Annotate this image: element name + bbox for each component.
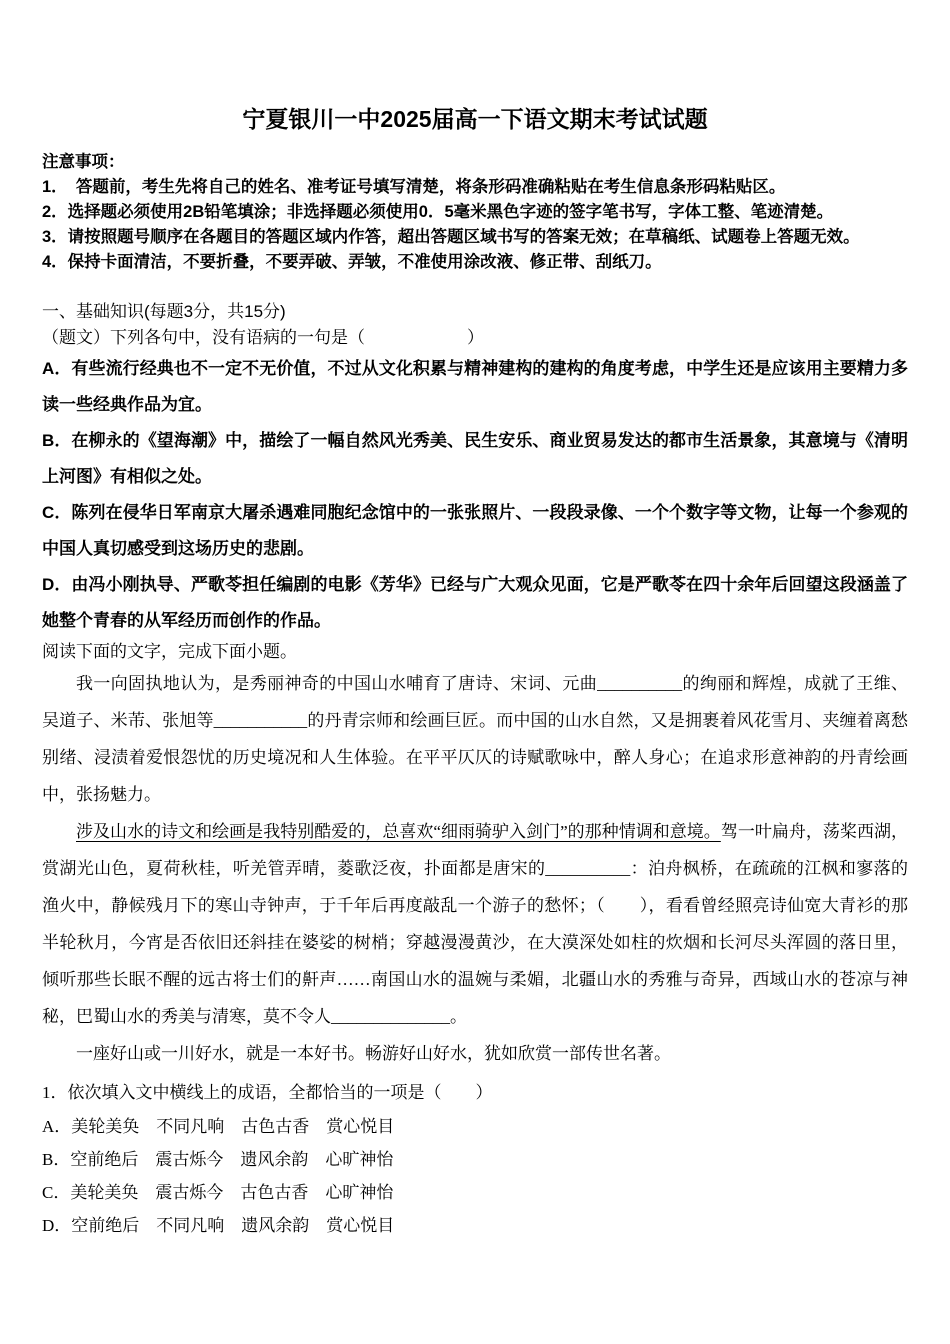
exam-page: 宁夏银川一中2025届高一下语文期末考试试题 注意事项： 1． 答题前，考生先将… (0, 0, 950, 1242)
passage-paragraph-3: 一座好山或一川好水，就是一本好书。畅游好山好水，犹如欣赏一部传世名著。 (42, 1035, 908, 1072)
reading-intro: 阅读下面的文字，完成下面小题。 (42, 639, 908, 665)
question-0-option-b: B．在柳永的《望海潮》中，描绘了一幅自然风光秀美、民生安乐、商业贸易发达的都市生… (42, 423, 908, 495)
notice-item-2: 2．选择题必须使用2B铅笔填涂；非选择题必须使用0．5毫米黑色字迹的签字笔书写，… (42, 200, 908, 225)
question-1-option-d: D．空前绝后 不同凡响 遗风余韵 赏心悦目 (42, 1209, 908, 1242)
question-1-option-c: C．美轮美奂 震古烁今 古色古香 心旷神怡 (42, 1176, 908, 1209)
passage-paragraph-1: 我一向固执地认为，是秀丽神奇的中国山水哺育了唐诗、宋词、元曲__________… (42, 665, 908, 813)
passage-paragraph-2: 涉及山水的诗文和绘画是我特别酷爱的，总喜欢“细雨骑驴入剑门”的那种情调和意境。驾… (42, 813, 908, 1035)
question-0-option-c: C．陈列在侵华日军南京大屠杀遇难同胞纪念馆中的一张张照片、一段段录像、一个个数字… (42, 495, 908, 567)
page-title: 宁夏银川一中2025届高一下语文期末考试试题 (42, 104, 908, 134)
question-1-stem: 1．依次填入文中横线上的成语，全都恰当的一项是（ ） (42, 1080, 908, 1106)
question-0-option-d: D．由冯小刚执导、严歌苓担任编剧的电影《芳华》已经与广大观众见面，它是严歌苓在四… (42, 567, 908, 639)
notices-section: 注意事项： 1． 答题前，考生先将自己的姓名、准考证号填写清楚，将条形码准确粘贴… (42, 150, 908, 275)
notice-item-4: 4．保持卡面清洁，不要折叠，不要弄破、弄皱，不准使用涂改液、修正带、刮纸刀。 (42, 250, 908, 275)
passage-underlined-sentence: 涉及山水的诗文和绘画是我特别酷爱的，总喜欢“细雨骑驴入剑门”的那种情调和意境。 (76, 822, 721, 841)
question-0-stem: （题文）下列各句中，没有语病的一句是（ ） (42, 325, 908, 351)
section-1-heading: 一、基础知识(每题3分，共15分) (42, 299, 908, 325)
question-0-block: （题文）下列各句中，没有语病的一句是（ ） A．有些流行经典也不一定不无价值，不… (42, 325, 908, 639)
question-1-option-a: A．美轮美奂 不同凡响 古色古香 赏心悦目 (42, 1110, 908, 1143)
notice-item-1: 1． 答题前，考生先将自己的姓名、准考证号填写清楚，将条形码准确粘贴在考生信息条… (42, 175, 908, 200)
notice-item-3: 3．请按照题号顺序在各题目的答题区域内作答，超出答题区域书写的答案无效；在草稿纸… (42, 225, 908, 250)
notices-heading: 注意事项： (42, 150, 908, 175)
question-1-option-b: B．空前绝后 震古烁今 遗风余韵 心旷神怡 (42, 1143, 908, 1176)
reading-passage: 我一向固执地认为，是秀丽神奇的中国山水哺育了唐诗、宋词、元曲__________… (42, 665, 908, 1072)
question-1-block: 1．依次填入文中横线上的成语，全都恰当的一项是（ ） A．美轮美奂 不同凡响 古… (42, 1080, 908, 1242)
passage-paragraph-2-rest: 驾一叶扁舟，荡桨西湖，赏湖光山色，夏荷秋桂，听羌管弄晴，菱歌泛夜，扑面都是唐宋的… (42, 822, 908, 1026)
question-0-option-a: A．有些流行经典也不一定不无价值，不过从文化积累与精神建构的建构的角度考虑，中学… (42, 351, 908, 423)
